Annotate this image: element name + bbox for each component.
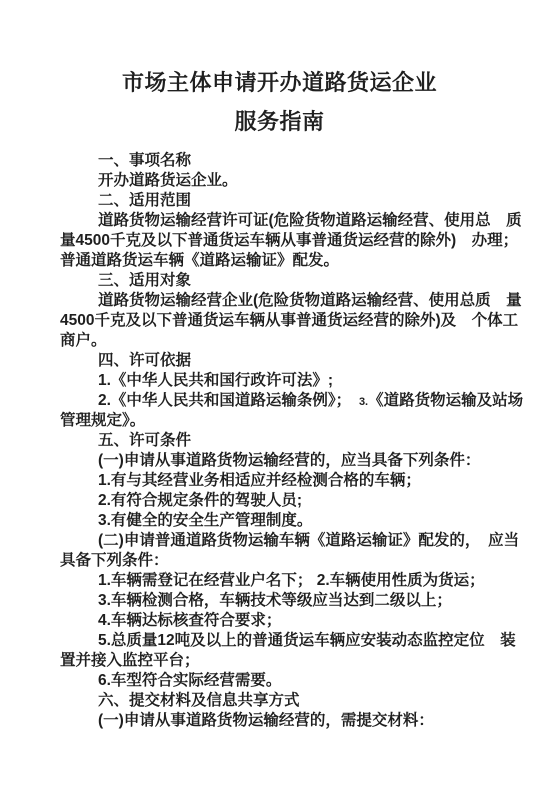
doc-line: 1.有与其经营业务相适应并经检测合格的车辆； (60, 471, 520, 491)
doc-line: (一)申请从事道路货物运输经营的，需提交材料： (60, 711, 520, 731)
doc-line: 道路货物运输经营企业(危险货物道路运输经营、使用总质 量 (60, 291, 520, 311)
doc-line-text: 5.总质量12吨及以上的普通货运车辆应安装动态监控定位 装 (98, 632, 516, 649)
doc-line: 三、适用对象 (60, 271, 520, 291)
doc-line-text: 三、适用对象 (98, 272, 191, 289)
doc-line-text: 4500千克及以下普通货运车辆从事普通货运经营的除外)及 个体工 (60, 312, 518, 329)
doc-line-text: 3.有健全的安全生产管理制度。 (98, 512, 312, 529)
doc-line-text: 置并接入监控平台； (60, 652, 200, 669)
doc-line: (一)申请从事道路货物运输经营的，应当具备下列条件： (60, 451, 520, 471)
document-title-line2: 服务指南 (0, 109, 559, 135)
doc-line-text: 普通道路货运车辆《道路运输证》配发。 (60, 252, 339, 269)
doc-line: 六、提交材料及信息共享方式 (60, 691, 520, 711)
doc-line: 置并接入监控平台； (60, 651, 520, 671)
doc-line-text: 管理规定》。 (60, 412, 145, 429)
doc-line: 5.总质量12吨及以上的普通货运车辆应安装动态监控定位 装 (60, 631, 520, 651)
doc-line: 管理规定》。 (60, 411, 520, 431)
doc-line: (二)申请普通道路货物运输车辆《道路运输证》配发的， 应当 (60, 531, 520, 551)
doc-line-small-number: 3. (359, 396, 368, 408)
doc-line-text: 2.《中华人民共和国道路运输条例》； (98, 392, 359, 409)
doc-line-text: 1.车辆需登记在经营业户名下； 2.车辆使用性质为货运； (98, 572, 485, 589)
doc-line-text: 4.车辆达标核查符合要求； (98, 612, 281, 629)
doc-line: 3.有健全的安全生产管理制度。 (60, 511, 520, 531)
doc-line: 2.有符合规定条件的驾驶人员; (60, 491, 520, 511)
doc-line: 具备下列条件： (60, 551, 520, 571)
doc-line-text: 1.《中华人民共和国行政许可法》; (98, 372, 333, 389)
doc-line-text: 6.车型符合实际经营需要。 (98, 672, 281, 689)
doc-line-text: (一)申请从事道路货物运输经营的，应当具备下列条件： (98, 452, 480, 469)
doc-line-text: 商户。 (60, 332, 107, 349)
document-title-line1: 市场主体申请开办道路货运企业 (0, 70, 559, 96)
doc-line: 道路货物运输经营许可证(危险货物道路运输经营、使用总 质 (60, 211, 520, 231)
doc-line-text: (一)申请从事道路货物运输经营的，需提交材料： (98, 712, 434, 729)
doc-line: 4.车辆达标核查符合要求； (60, 611, 520, 631)
doc-line-text: 道路货物运输经营许可证(危险货物道路运输经营、使用总 质 (98, 212, 522, 229)
document-body: 一、事项名称开办道路货运企业。二、适用范围道路货物运输经营许可证(危险货物道路运… (60, 151, 520, 731)
document-page: 市场主体申请开办道路货运企业 服务指南 一、事项名称开办道路货运企业。二、适用范… (0, 0, 559, 793)
doc-line-text: 六、提交材料及信息共享方式 (98, 692, 300, 709)
doc-line: 3.车辆检测合格，车辆技术等级应当达到二级以上； (60, 591, 520, 611)
doc-line-text: (二)申请普通道路货物运输车辆《道路运输证》配发的， 应当 (98, 532, 519, 549)
doc-line-text: 1.有与其经营业务相适应并经检测合格的车辆； (98, 472, 421, 489)
doc-line: 二、适用范围 (60, 191, 520, 211)
doc-line-text: 四、许可依据 (98, 352, 191, 369)
doc-line: 四、许可依据 (60, 351, 520, 371)
doc-line-text: 五、许可条件 (98, 432, 191, 449)
doc-line: 一、事项名称 (60, 151, 520, 171)
doc-line: 4500千克及以下普通货运车辆从事普通货运经营的除外)及 个体工 (60, 311, 520, 331)
doc-line: 商户。 (60, 331, 520, 351)
doc-line: 量4500千克及以下普通货运车辆从事普通货运经营的除外) 办理； (60, 231, 520, 251)
doc-line: 开办道路货运企业。 (60, 171, 520, 191)
doc-line: 2.《中华人民共和国道路运输条例》； 3.《道路货物运输及站场 (60, 391, 520, 411)
doc-line-text: 《道路货物运输及站场 (368, 392, 523, 409)
doc-line-text: 2.有符合规定条件的驾驶人员; (98, 492, 302, 509)
doc-line: 五、许可条件 (60, 431, 520, 451)
doc-line: 普通道路货运车辆《道路运输证》配发。 (60, 251, 520, 271)
doc-line-text: 3.车辆检测合格，车辆技术等级应当达到二级以上； (98, 592, 452, 609)
doc-line-text: 开办道路货运企业。 (98, 172, 238, 189)
doc-line-text: 量4500千克及以下普通货运车辆从事普通货运经营的除外) 办理； (60, 232, 518, 249)
doc-line: 6.车型符合实际经营需要。 (60, 671, 520, 691)
doc-line-text: 一、事项名称 (98, 152, 191, 169)
doc-line: 1.车辆需登记在经营业户名下； 2.车辆使用性质为货运； (60, 571, 520, 591)
doc-line-text: 道路货物运输经营企业(危险货物道路运输经营、使用总质 量 (98, 292, 522, 309)
doc-line-text: 具备下列条件： (60, 552, 169, 569)
doc-line: 1.《中华人民共和国行政许可法》; (60, 371, 520, 391)
doc-line-text: 二、适用范围 (98, 192, 191, 209)
